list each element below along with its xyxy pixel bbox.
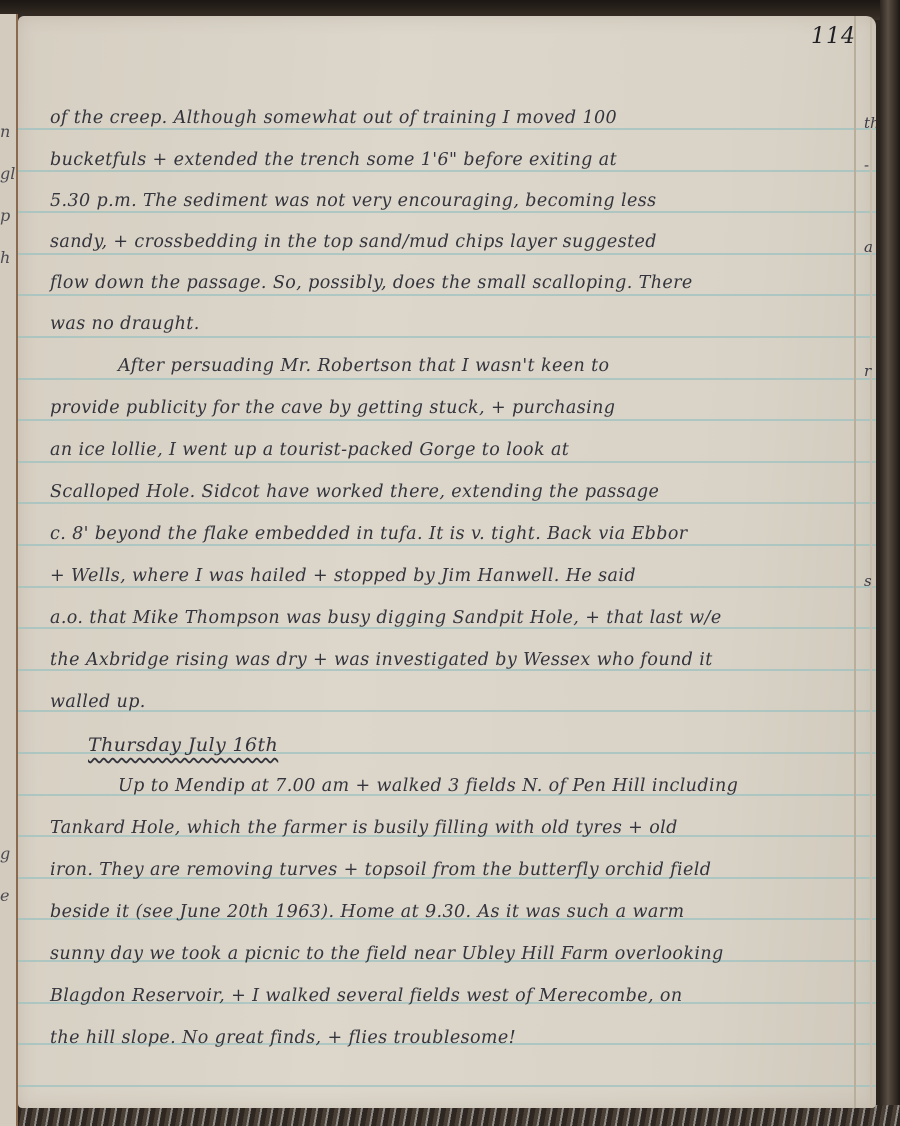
ruled-line	[18, 544, 876, 546]
ruled-line	[18, 461, 876, 463]
ruled-line	[18, 419, 876, 421]
ruled-line	[18, 336, 876, 338]
left-page-fragment: gle	[0, 164, 18, 183]
ruled-line	[18, 1085, 876, 1087]
left-page-fragment: e	[0, 886, 9, 905]
text-line: c. 8' beyond the flake embedded in tufa.…	[50, 524, 860, 544]
text-line: a.o. that Mike Thompson was busy digging…	[50, 608, 860, 628]
ruled-line	[18, 128, 876, 130]
margin-note: s	[864, 572, 872, 590]
text-line: beside it (see June 20th 1963). Home at …	[50, 902, 860, 922]
margin-note: r	[864, 362, 871, 380]
text-line: bucketfuls + extended the trench some 1'…	[50, 150, 860, 170]
left-page-fragment: g	[0, 844, 10, 863]
notebook-page: 114 of the creep. Although somewhat out …	[18, 16, 876, 1108]
ruled-line	[18, 253, 876, 255]
ruled-line	[18, 586, 876, 588]
margin-note: a	[864, 238, 873, 256]
text-line: 5.30 p.m. The sediment was not very enco…	[50, 191, 860, 211]
page-number: 114	[811, 24, 856, 49]
text-line: + Wells, where I was hailed + stopped by…	[50, 566, 860, 586]
text-line: walled up.	[50, 692, 860, 712]
entry-date-heading: Thursday July 16th	[88, 734, 876, 756]
ruled-line	[18, 378, 876, 380]
text-line: the hill slope. No great finds, + flies …	[50, 1028, 860, 1048]
text-line: sandy, + crossbedding in the top sand/mu…	[50, 232, 860, 252]
text-line: was no draught.	[50, 314, 860, 334]
ruled-line	[18, 170, 876, 172]
text-line: provide publicity for the cave by gettin…	[50, 398, 860, 418]
page-edge-line	[870, 16, 872, 1108]
left-page-fragment: p	[0, 206, 10, 225]
text-line: After persuading Mr. Robertson that I wa…	[118, 356, 876, 376]
text-line: flow down the passage. So, possibly, doe…	[50, 273, 860, 293]
left-page-fragment: n	[0, 122, 10, 141]
text-line: Scalloped Hole. Sidcot have worked there…	[50, 482, 860, 502]
margin-note: -	[864, 156, 869, 174]
text-line: the Axbridge rising was dry + was invest…	[50, 650, 860, 670]
ruled-line	[18, 502, 876, 504]
ruled-line	[18, 211, 876, 213]
text-line: an ice lollie, I went up a tourist-packe…	[50, 440, 860, 460]
left-page-fragment: h	[0, 248, 10, 267]
text-line: of the creep. Although somewhat out of t…	[50, 108, 860, 128]
text-line: iron. They are removing turves + topsoil…	[50, 860, 860, 880]
left-page-edge: n gle p h g e	[0, 14, 18, 1126]
ruled-line	[18, 294, 876, 296]
background-right	[880, 0, 900, 1126]
text-line: Blagdon Reservoir, + I walked several fi…	[50, 986, 860, 1006]
text-line: Tankard Hole, which the farmer is busily…	[50, 818, 860, 838]
text-line: sunny day we took a picnic to the field …	[50, 944, 860, 964]
text-line: Up to Mendip at 7.00 am + walked 3 field…	[118, 776, 876, 796]
background-table-surface	[0, 1105, 900, 1126]
margin-note: th	[864, 114, 876, 132]
